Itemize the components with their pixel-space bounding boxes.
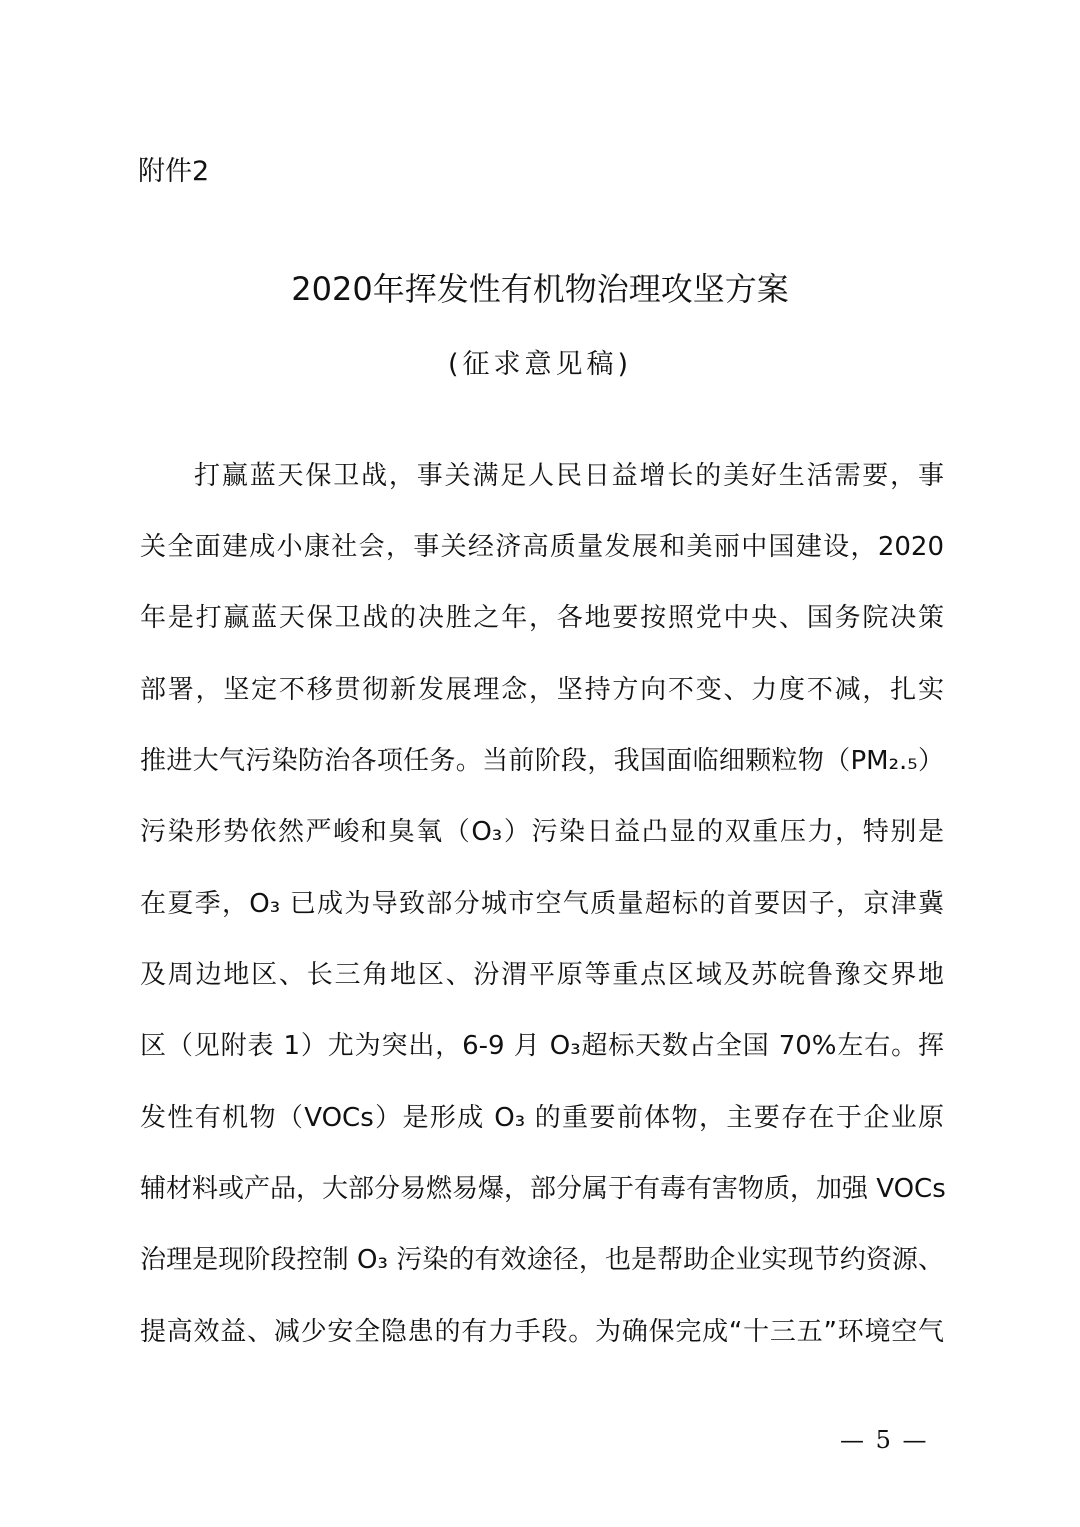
document-page: 附件2 2020年挥发性有机物治理攻坚方案 (征求意见稿) 打赢蓝天保卫战，事关… <box>0 0 1080 1527</box>
body-line: 关全面建成小康社会，事关经济高质量发展和美丽中国建设，2020 <box>140 527 944 567</box>
body-line: 及周边地区、长三角地区、汾渭平原等重点区域及苏皖鲁豫交界地 <box>140 955 944 995</box>
document-subtitle: (征求意见稿) <box>0 343 1080 387</box>
page-number: — 5 — <box>840 1424 929 1456</box>
document-title: 2020年挥发性有机物治理攻坚方案 <box>0 266 1080 312</box>
body-line: 在夏季，O₃ 已成为导致部分城市空气质量超标的首要因子，京津冀 <box>140 884 944 924</box>
body-line: 污染形势依然严峻和臭氧（O₃）污染日益凸显的双重压力，特别是 <box>140 812 944 852</box>
body-line: 区（见附表 1）尤为突出，6-9 月 O₃超标天数占全国 70%左右。挥 <box>140 1026 944 1066</box>
body-line: 部署，坚定不移贯彻新发展理念，坚持方向不变、力度不减，扎实 <box>140 670 944 710</box>
body-line: 年是打赢蓝天保卫战的决胜之年，各地要按照党中央、国务院决策 <box>140 598 944 638</box>
body-line: 打赢蓝天保卫战，事关满足人民日益增长的美好生活需要，事 <box>194 456 944 496</box>
attachment-label: 附件2 <box>138 152 209 192</box>
body-line: 治理是现阶段控制 O₃ 污染的有效途径，也是帮助企业实现节约资源、 <box>140 1240 944 1280</box>
body-line: 辅材料或产品，大部分易燃易爆，部分属于有毒有害物质，加强 VOCs <box>140 1169 944 1209</box>
body-line: 发性有机物（VOCs）是形成 O₃ 的重要前体物，主要存在于企业原 <box>140 1098 944 1138</box>
body-line: 推进大气污染防治各项任务。当前阶段，我国面临细颗粒物（PM₂.₅） <box>140 741 944 781</box>
body-line: 提高效益、减少安全隐患的有力手段。为确保完成“十三五”环境空气 <box>140 1312 944 1352</box>
